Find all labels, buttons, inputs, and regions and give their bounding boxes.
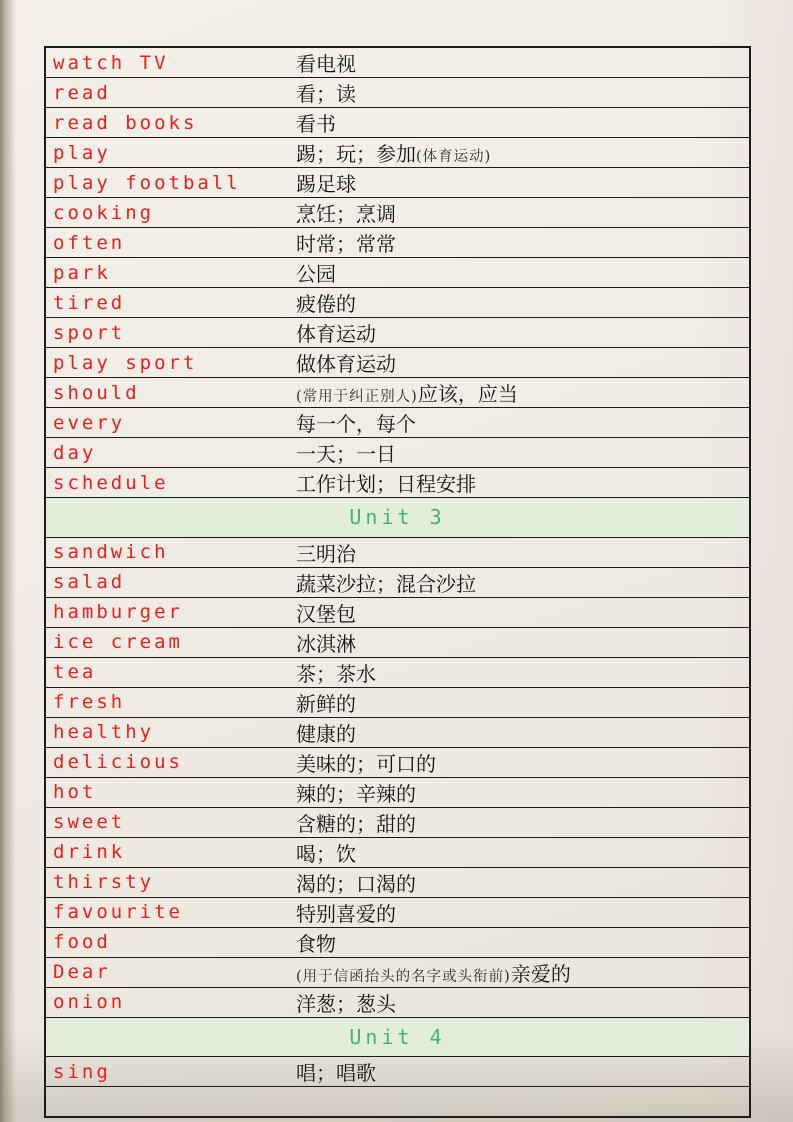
table-row: drink喝；饮 xyxy=(45,837,750,867)
chinese-meaning: 踢；玩；参加(体育运动) xyxy=(296,138,750,168)
meaning-text: 公园 xyxy=(296,264,336,286)
table-row: tea茶；茶水 xyxy=(45,657,750,687)
meaning-text: 美味的；可口的 xyxy=(296,754,436,776)
chinese-meaning: 一天；一日 xyxy=(296,438,750,468)
meaning-text: 踢足球 xyxy=(296,174,356,196)
meaning-text: 体育运动 xyxy=(296,324,376,346)
english-word: hot xyxy=(45,777,296,807)
table-row: watch TV看电视 xyxy=(45,47,750,78)
chinese-meaning: (常用于纠正别人)应该，应当 xyxy=(296,378,750,408)
table-row: sport体育运动 xyxy=(45,318,750,348)
unit-header-label: Unit 4 xyxy=(45,1017,750,1057)
english-word: play sport xyxy=(45,348,296,378)
meaning-text: 茶；茶水 xyxy=(296,664,376,686)
meaning-text: 汉堡包 xyxy=(296,604,356,626)
english-word: tired xyxy=(45,288,296,318)
english-word: tea xyxy=(45,657,296,687)
unit-header-row: Unit 3 xyxy=(45,498,750,538)
table-row: hamburger汉堡包 xyxy=(45,597,750,627)
table-row: often时常；常常 xyxy=(45,228,750,258)
english-word: delicious xyxy=(45,747,296,777)
chinese-meaning: 洋葱；葱头 xyxy=(296,987,750,1017)
table-row: healthy健康的 xyxy=(45,717,750,747)
meaning-text: 唱；唱歌 xyxy=(296,1063,376,1085)
meaning-text: 亲爱的 xyxy=(511,964,571,986)
english-word: sing xyxy=(45,1057,296,1087)
english-word: sandwich xyxy=(45,537,296,567)
table-row: read看；读 xyxy=(45,78,750,108)
english-word: schedule xyxy=(45,468,296,498)
table-row: favourite特别喜爱的 xyxy=(45,897,750,927)
english-word: hamburger xyxy=(45,597,296,627)
english-word: park xyxy=(45,258,296,288)
table-row: every每一个，每个 xyxy=(45,408,750,438)
table-row: fresh新鲜的 xyxy=(45,687,750,717)
chinese-meaning: 冰淇淋 xyxy=(296,627,750,657)
chinese-meaning: 蔬菜沙拉；混合沙拉 xyxy=(296,567,750,597)
chinese-meaning: 踢足球 xyxy=(296,168,750,198)
meaning-text: 每一个，每个 xyxy=(296,414,416,436)
english-word: often xyxy=(45,228,296,258)
usage-note-prefix: (常用于纠正别人) xyxy=(296,389,418,405)
english-word: thirsty xyxy=(45,867,296,897)
chinese-meaning: 喝；饮 xyxy=(296,837,750,867)
meaning-text: 洋葱；葱头 xyxy=(296,994,396,1016)
english-word: food xyxy=(45,927,296,957)
meaning-text: 食物 xyxy=(296,934,336,956)
unit-header-label: Unit 3 xyxy=(45,498,750,538)
meaning-text: 含糖的；甜的 xyxy=(296,814,416,836)
english-word: day xyxy=(45,438,296,468)
meaning-text: 应该，应当 xyxy=(418,384,518,406)
table-row: ice cream冰淇淋 xyxy=(45,627,750,657)
chinese-meaning: 特别喜爱的 xyxy=(296,897,750,927)
table-row: schedule工作计划；日程安排 xyxy=(45,468,750,498)
table-row: hot辣的；辛辣的 xyxy=(45,777,750,807)
chinese-meaning: 每一个，每个 xyxy=(296,408,750,438)
meaning-text: 健康的 xyxy=(296,724,356,746)
english-word xyxy=(45,1087,296,1117)
usage-note-prefix: (用于信函抬头的名字或头衔前) xyxy=(296,969,511,985)
english-word: onion xyxy=(45,987,296,1017)
chinese-meaning: 看；读 xyxy=(296,78,750,108)
vocabulary-table: watch TV看电视read看；读read books看书play踢；玩；参加… xyxy=(44,46,751,1118)
chinese-meaning: 含糖的；甜的 xyxy=(296,807,750,837)
chinese-meaning: 新鲜的 xyxy=(296,687,750,717)
chinese-meaning: 做体育运动 xyxy=(296,348,750,378)
chinese-meaning: 食物 xyxy=(296,927,750,957)
usage-note-suffix: (体育运动) xyxy=(416,149,491,165)
english-word: ice cream xyxy=(45,627,296,657)
table-row: sandwich三明治 xyxy=(45,537,750,567)
english-word: drink xyxy=(45,837,296,867)
english-word: fresh xyxy=(45,687,296,717)
chinese-meaning: 公园 xyxy=(296,258,750,288)
table-row: day一天；一日 xyxy=(45,438,750,468)
table-row: food食物 xyxy=(45,927,750,957)
table-row: onion洋葱；葱头 xyxy=(45,987,750,1017)
chinese-meaning: 看书 xyxy=(296,108,750,138)
table-row xyxy=(45,1087,750,1117)
english-word: play xyxy=(45,138,296,168)
meaning-text: 三明治 xyxy=(296,544,356,566)
table-row: sweet含糖的；甜的 xyxy=(45,807,750,837)
meaning-text: 时常；常常 xyxy=(296,234,396,256)
english-word: cooking xyxy=(45,198,296,228)
unit-header-row: Unit 4 xyxy=(45,1017,750,1057)
table-row: delicious美味的；可口的 xyxy=(45,747,750,777)
meaning-text: 喝；饮 xyxy=(296,844,356,866)
chinese-meaning: 辣的；辛辣的 xyxy=(296,777,750,807)
english-word: every xyxy=(45,408,296,438)
chinese-meaning: 烹饪；烹调 xyxy=(296,198,750,228)
chinese-meaning: 时常；常常 xyxy=(296,228,750,258)
table-row: play踢；玩；参加(体育运动) xyxy=(45,138,750,168)
english-word: salad xyxy=(45,567,296,597)
table-row: sing唱；唱歌 xyxy=(45,1057,750,1087)
chinese-meaning: 看电视 xyxy=(296,47,750,78)
table-row: park公园 xyxy=(45,258,750,288)
meaning-text: 烹饪；烹调 xyxy=(296,204,396,226)
table-row: cooking烹饪；烹调 xyxy=(45,198,750,228)
chinese-meaning: 疲倦的 xyxy=(296,288,750,318)
chinese-meaning: 体育运动 xyxy=(296,318,750,348)
meaning-text: 冰淇淋 xyxy=(296,634,356,656)
table-row: should(常用于纠正别人)应该，应当 xyxy=(45,378,750,408)
meaning-text: 新鲜的 xyxy=(296,694,356,716)
meaning-text: 看电视 xyxy=(296,54,356,76)
chinese-meaning: 渴的；口渴的 xyxy=(296,867,750,897)
chinese-meaning: 美味的；可口的 xyxy=(296,747,750,777)
english-word: Dear xyxy=(45,957,296,987)
chinese-meaning: (用于信函抬头的名字或头衔前)亲爱的 xyxy=(296,957,750,987)
table-row: play football踢足球 xyxy=(45,168,750,198)
english-word: sport xyxy=(45,318,296,348)
table-row: play sport做体育运动 xyxy=(45,348,750,378)
english-word: healthy xyxy=(45,717,296,747)
chinese-meaning: 工作计划；日程安排 xyxy=(296,468,750,498)
meaning-text: 辣的；辛辣的 xyxy=(296,784,416,806)
table-row: salad蔬菜沙拉；混合沙拉 xyxy=(45,567,750,597)
english-word: read xyxy=(45,78,296,108)
english-word: sweet xyxy=(45,807,296,837)
meaning-text: 工作计划；日程安排 xyxy=(296,474,476,496)
english-word: should xyxy=(45,378,296,408)
table-row: thirsty渴的；口渴的 xyxy=(45,867,750,897)
meaning-text: 看书 xyxy=(296,114,336,136)
meaning-text: 渴的；口渴的 xyxy=(296,874,416,896)
english-word: watch TV xyxy=(45,47,296,78)
english-word: favourite xyxy=(45,897,296,927)
photographed-vocabulary-page: { "document": { "kind": "english-chinese… xyxy=(0,0,793,1122)
table-row: Dear(用于信函抬头的名字或头衔前)亲爱的 xyxy=(45,957,750,987)
vocabulary-table-body: watch TV看电视read看；读read books看书play踢；玩；参加… xyxy=(45,47,750,1117)
chinese-meaning: 汉堡包 xyxy=(296,597,750,627)
meaning-text: 一天；一日 xyxy=(296,444,396,466)
chinese-meaning xyxy=(296,1087,750,1117)
chinese-meaning: 三明治 xyxy=(296,537,750,567)
meaning-text: 特别喜爱的 xyxy=(296,904,396,926)
meaning-text: 做体育运动 xyxy=(296,354,396,376)
chinese-meaning: 唱；唱歌 xyxy=(296,1057,750,1087)
english-word: read books xyxy=(45,108,296,138)
table-row: read books看书 xyxy=(45,108,750,138)
table-row: tired疲倦的 xyxy=(45,288,750,318)
meaning-text: 蔬菜沙拉；混合沙拉 xyxy=(296,574,476,596)
meaning-text: 看；读 xyxy=(296,84,356,106)
chinese-meaning: 茶；茶水 xyxy=(296,657,750,687)
english-word: play football xyxy=(45,168,296,198)
meaning-text: 疲倦的 xyxy=(296,294,356,316)
meaning-text: 踢；玩；参加 xyxy=(296,144,416,166)
chinese-meaning: 健康的 xyxy=(296,717,750,747)
